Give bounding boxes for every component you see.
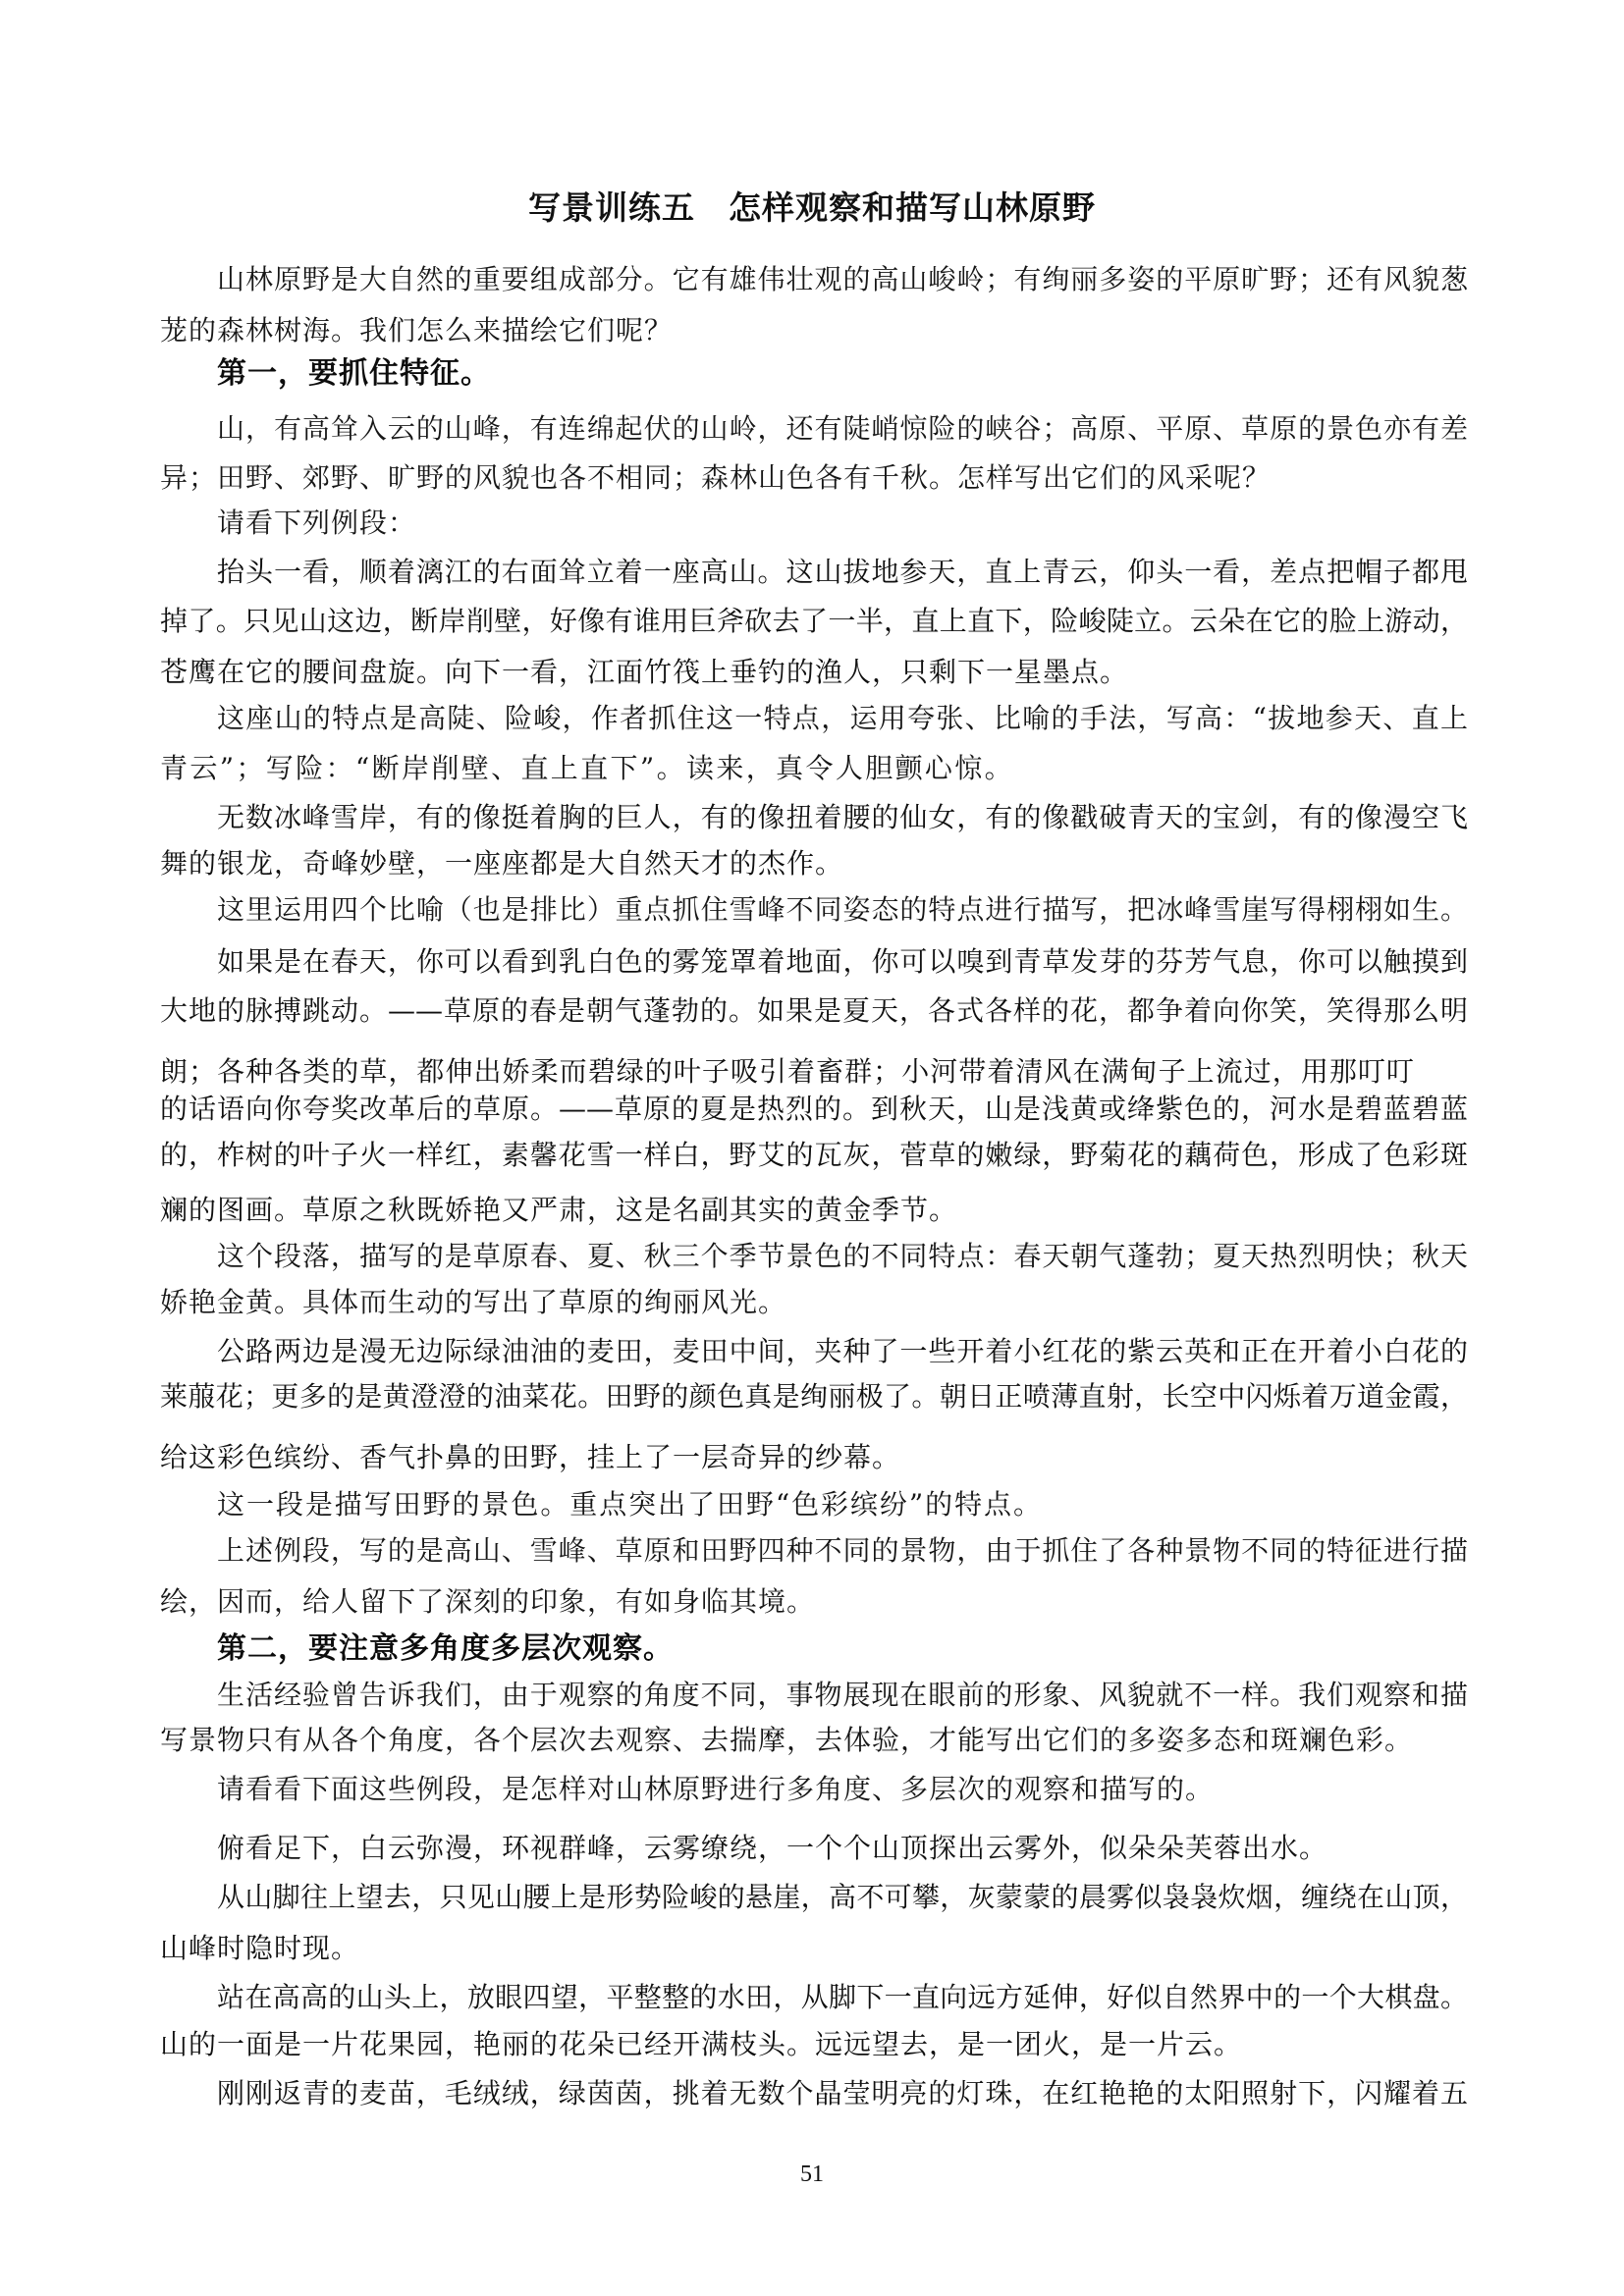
example-passage-line: 大地的脉搏跳动。——草原的春是朝气蓬勃的。如果是夏天，各式各样的花，都争着向你笑… bbox=[160, 991, 1468, 1031]
example-passage-line: 舞的银龙，奇峰妙壁，一座座都是大自然天才的杰作。 bbox=[160, 844, 1468, 883]
example-passage-line: 掉了。只见山这边，断岸削壁，好像有谁用巨斧砍去了一半，直上直下，险峻陡立。云朵在… bbox=[160, 602, 1468, 641]
example-passage-line: 莱菔花；更多的是黄澄澄的油菜花。田野的颜色真是绚丽极了。朝日正喷薄直射，长空中闪… bbox=[160, 1377, 1468, 1416]
section-heading: 第二，要注意多角度多层次观察。 bbox=[217, 1629, 1468, 1669]
page-number: 51 bbox=[0, 2160, 1624, 2189]
paragraph-line: 娇艳金黄。具体而生动的写出了草原的绚丽风光。 bbox=[160, 1283, 1468, 1322]
example-passage-line: 无数冰峰雪岸，有的像挺着胸的巨人，有的像扭着腰的仙女，有的像戳破青天的宝剑，有的… bbox=[217, 798, 1468, 837]
example-passage-line: 给这彩色缤纷、香气扑鼻的田野，挂上了一层奇异的纱幕。 bbox=[160, 1438, 1468, 1477]
example-passage-line: 抬头一看，顺着漓江的右面耸立着一座高山。这山拔地参天，直上青云，仰头一看，差点把… bbox=[217, 553, 1468, 592]
example-passage-line: 从山脚往上望去，只见山腰上是形势险峻的悬崖，高不可攀，灰蒙蒙的晨雾似袅袅炊烟，缠… bbox=[217, 1878, 1468, 1917]
example-passage-line: 斓的图画。草原之秋既娇艳又严肃，这是名副其实的黄金季节。 bbox=[160, 1191, 1468, 1230]
paragraph-line: 这里运用四个比喻（也是排比）重点抓住雪峰不同姿态的特点进行描写，把冰峰雪崖写得栩… bbox=[217, 890, 1468, 930]
paragraph-line: 上述例段，写的是高山、雪峰、草原和田野四种不同的景物，由于抓住了各种景物不同的特… bbox=[217, 1531, 1468, 1571]
page-title: 写景训练五 怎样观察和描写山林原野 bbox=[0, 183, 1624, 234]
example-passage-line: 的，柞树的叶子火一样红，素馨花雪一样白，野艾的瓦灰，菅草的嫩绿，野菊花的藕荷色，… bbox=[160, 1136, 1468, 1175]
example-passage-line: 苍鹰在它的腰间盘旋。向下一看，江面竹筏上垂钓的渔人，只剩下一星墨点。 bbox=[160, 653, 1468, 692]
example-passage-line: 的话语向你夸奖改革后的草原。——草原的夏是热烈的。到秋天，山是浅黄或绛紫色的，河… bbox=[160, 1090, 1468, 1129]
paragraph-line: 这一段是描写田野的景色。重点突出了田野“色彩缤纷”的特点。 bbox=[217, 1485, 1468, 1524]
example-passage-line: 朗；各种各类的草，都伸出娇柔而碧绿的叶子吸引着畜群；小河带着清风在满甸子上流过，… bbox=[160, 1052, 1414, 1092]
paragraph-line: 生活经验曾告诉我们，由于观察的角度不同，事物展现在眼前的形象、风貌就不一样。我们… bbox=[217, 1676, 1468, 1715]
document-page: 写景训练五 怎样观察和描写山林原野 山林原野是大自然的重要组成部分。它有雄伟壮观… bbox=[0, 0, 1624, 2296]
example-passage-line: 山峰时隐时现。 bbox=[160, 1929, 1468, 1968]
paragraph-line: 青云”；写险：“断岸削壁、直上直下”。读来，真令人胆颤心惊。 bbox=[160, 749, 1468, 788]
example-passage-line: 俯看足下，白云弥漫，环视群峰，云雾缭绕，一个个山顶探出云雾外，似朵朵芙蓉出水。 bbox=[217, 1829, 1468, 1868]
paragraph-line: 异；田野、郊野、旷野的风貌也各不相同；森林山色各有千秋。怎样写出它们的风采呢？ bbox=[160, 458, 1468, 498]
paragraph-line: 请看下列例段： bbox=[217, 504, 1468, 543]
example-passage-line: 山的一面是一片花果园，艳丽的花朵已经开满枝头。远远望去，是一团火，是一片云。 bbox=[160, 2025, 1468, 2064]
paragraph-line: 这个段落，描写的是草原春、夏、秋三个季节景色的不同特点：春天朝气蓬勃；夏天热烈明… bbox=[217, 1237, 1468, 1276]
paragraph-line: 写景物只有从各个角度，各个层次去观察、去揣摩，去体验，才能写出它们的多姿多态和斑… bbox=[160, 1721, 1468, 1760]
paragraph-line: 请看看下面这些例段，是怎样对山林原野进行多角度、多层次的观察和描写的。 bbox=[217, 1770, 1468, 1809]
paragraph-line: 这座山的特点是高陡、险峻，作者抓住这一特点，运用夸张、比喻的手法，写高：“拔地参… bbox=[217, 699, 1468, 738]
example-passage-line: 公路两边是漫无边际绿油油的麦田，麦田中间，夹种了一些开着小红花的紫云英和正在开着… bbox=[217, 1332, 1468, 1371]
example-passage-line: 如果是在春天，你可以看到乳白色的雾笼罩着地面，你可以嗅到青草发芽的芬芳气息，你可… bbox=[217, 942, 1468, 982]
paragraph-line: 绘，因而，给人留下了深刻的印象，有如身临其境。 bbox=[160, 1582, 1468, 1622]
example-passage-line: 刚刚返青的麦苗，毛绒绒，绿茵茵，挑着无数个晶莹明亮的灯珠，在红艳艳的太阳照射下，… bbox=[217, 2074, 1468, 2113]
section-heading: 第一，要抓住特征。 bbox=[217, 354, 1468, 394]
paragraph-line: 山，有高耸入云的山峰，有连绵起伏的山岭，还有陡峭惊险的峡谷；高原、平原、草原的景… bbox=[217, 409, 1468, 449]
paragraph-line: 山林原野是大自然的重要组成部分。它有雄伟壮观的高山峻岭；有绚丽多姿的平原旷野；还… bbox=[217, 260, 1468, 299]
example-passage-line: 站在高高的山头上，放眼四望，平整整的水田，从脚下一直向远方延伸，好似自然界中的一… bbox=[217, 1978, 1468, 2017]
paragraph-line: 茏的森林树海。我们怎么来描绘它们呢？ bbox=[160, 311, 1468, 350]
